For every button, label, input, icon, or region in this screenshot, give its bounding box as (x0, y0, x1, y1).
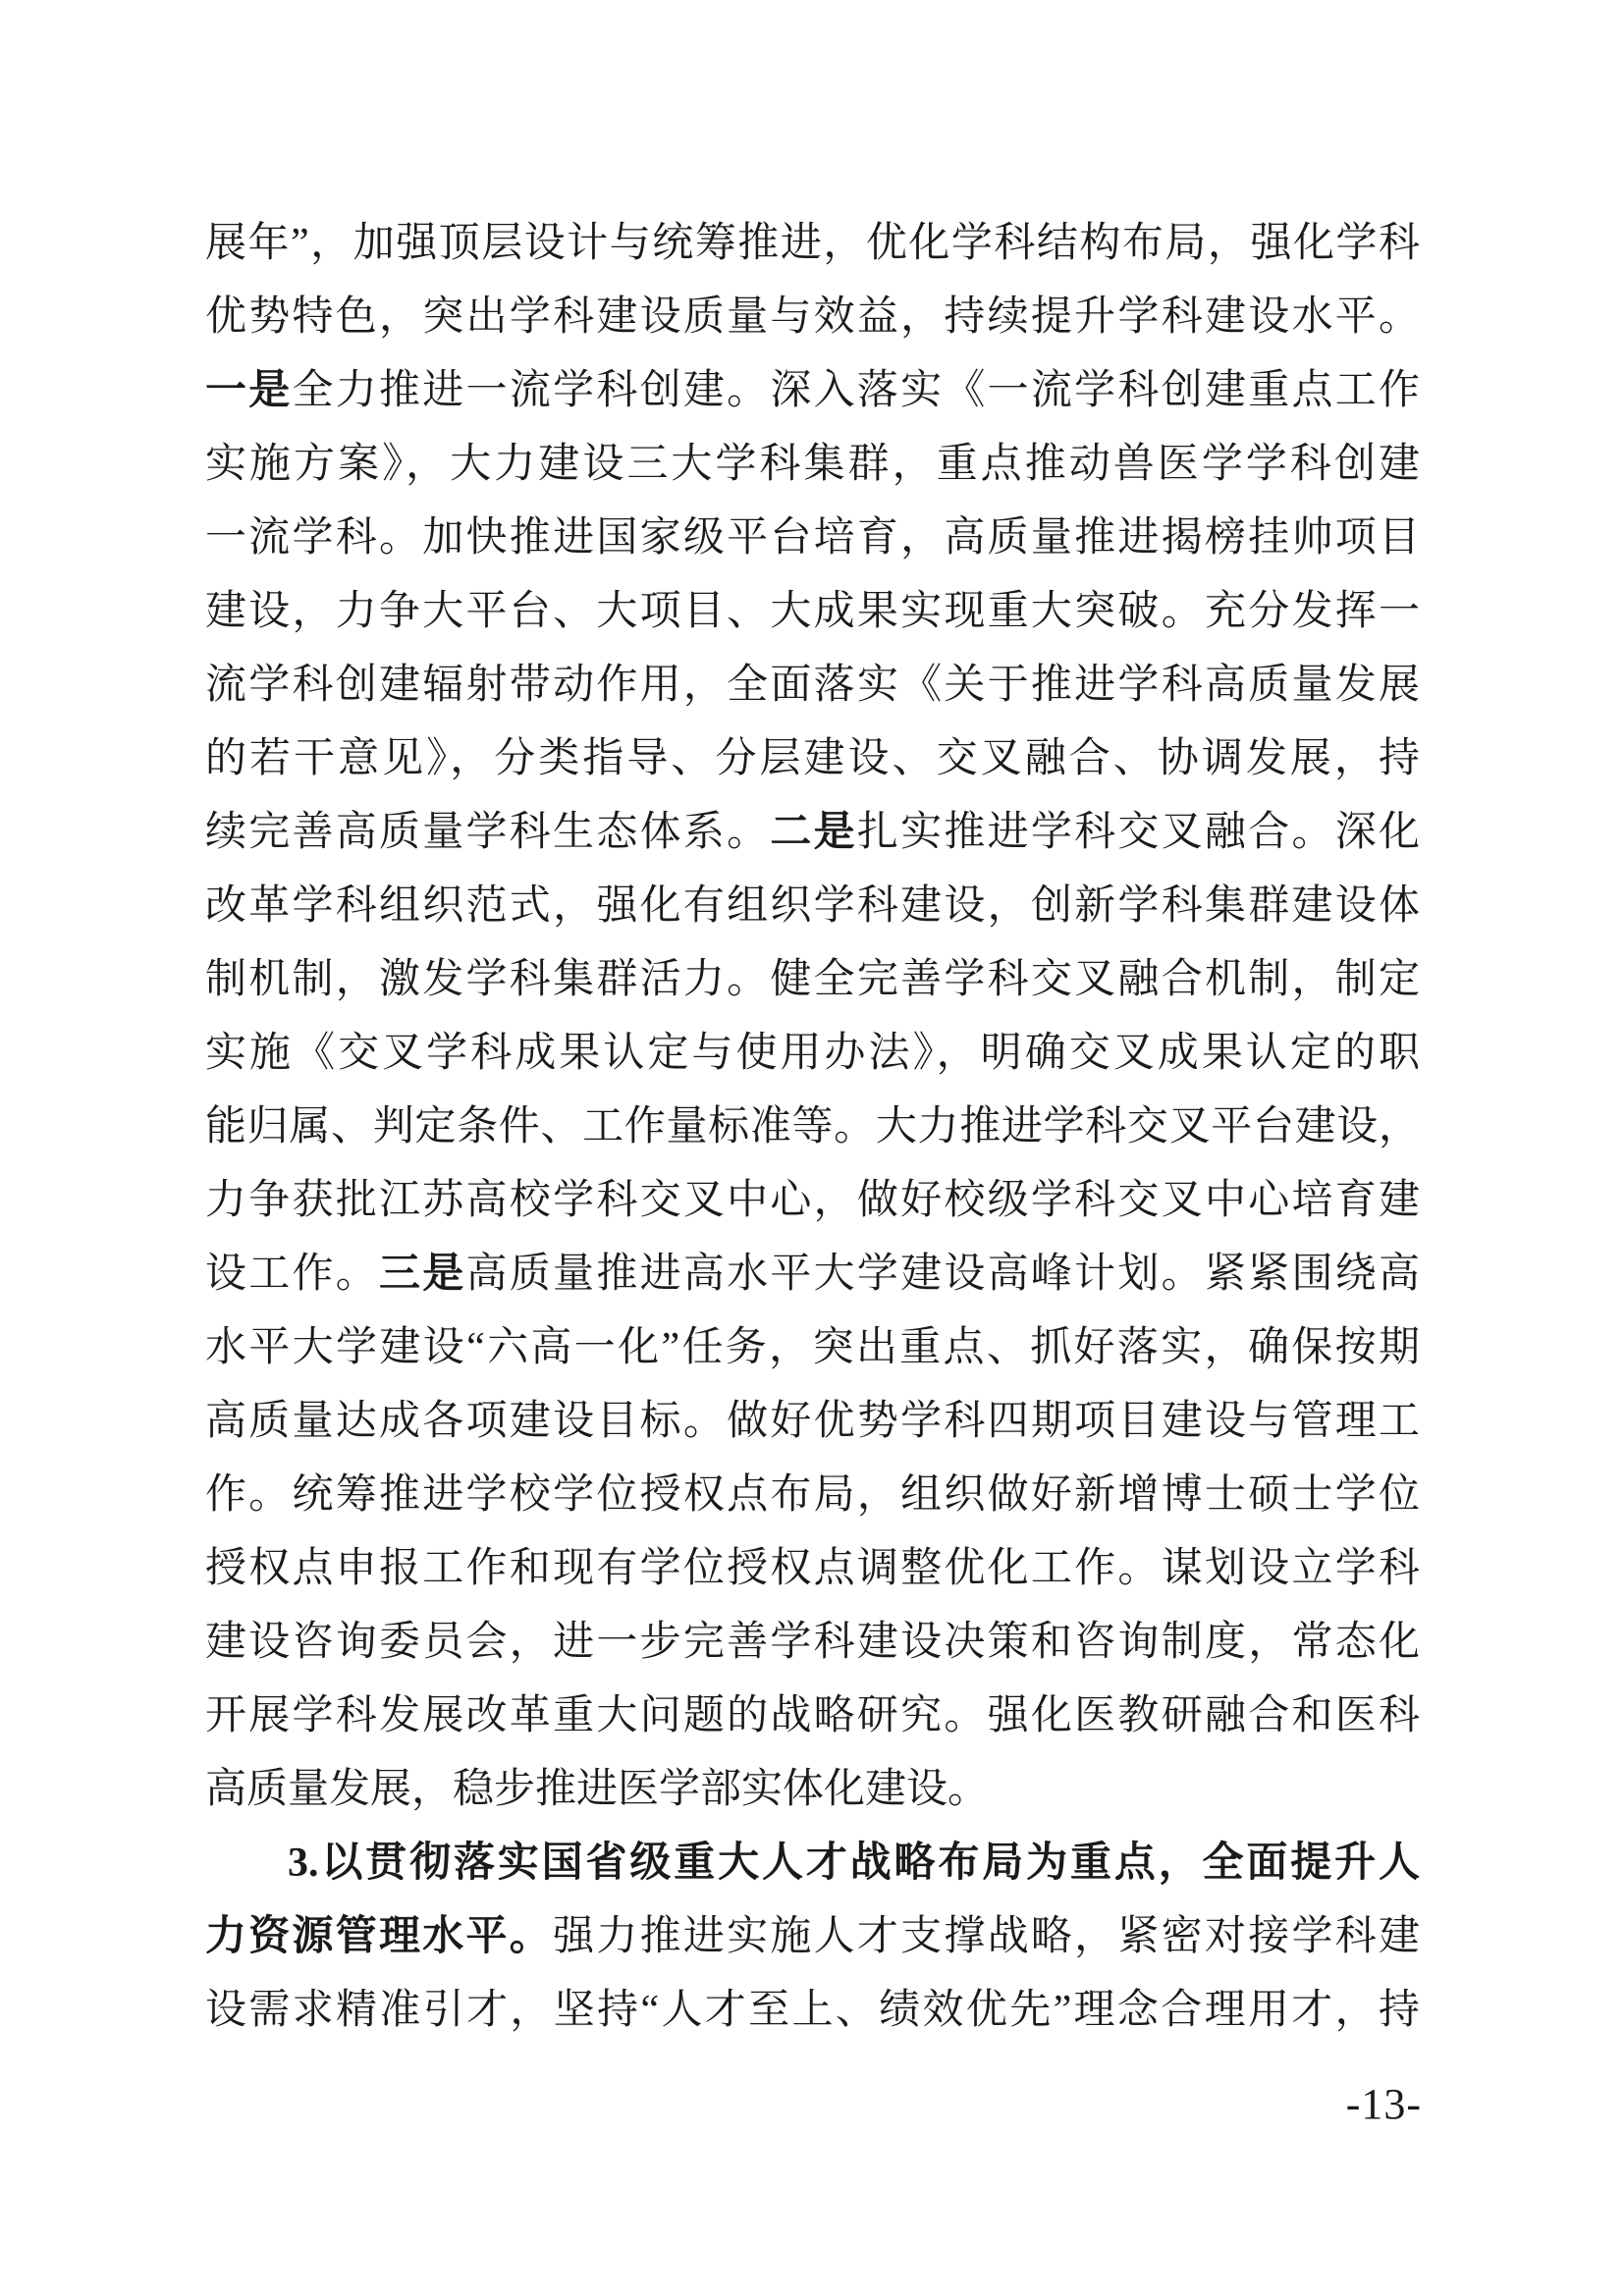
text-line: 流学科创建辐射带动作用，全面落实《关于推进学科高质量发展 (205, 649, 1420, 722)
text-run: 实施方案》，大力建设三大学科集群，重点推动兽医学学科创建 (205, 442, 1420, 487)
text-line: 能归属、判定条件、工作量标准等。大力推进学科交叉平台建设， (205, 1091, 1420, 1164)
text-run: 流学科创建辐射带动作用，全面落实《关于推进学科高质量发展 (205, 663, 1420, 708)
text-line: 改革学科组织范式，强化有组织学科建设，创新学科集群建设体 (205, 870, 1420, 943)
text-line: 高质量发展，稳步推进医学部实体化建设。 (205, 1753, 1420, 1827)
text-run: 作。统筹推进学校学位授权点布局，组织做好新增博士硕士学位 (205, 1472, 1420, 1518)
text-line: 的若干意见》，分类指导、分层建设、交叉融合、协调发展，持 (205, 722, 1420, 796)
text-run-bold: 3.以贯彻落实国省级重大人才战略布局为重点，全面提升人 (288, 1841, 1420, 1886)
text-run: 优势特色，突出学科建设质量与效益，持续提升学科建设水平。 (205, 294, 1420, 340)
text-run: 高质量达成各项建设目标。做好优势学科四期项目建设与管理工 (205, 1399, 1420, 1444)
text-line: 力资源管理水平。强力推进实施人才支撑战略，紧密对接学科建 (205, 1900, 1420, 1974)
document-page: 展年”，加强顶层设计与统筹推进，优化学科结构布局，强化学科优势特色，突出学科建设… (0, 0, 1624, 2296)
text-line: 3.以贯彻落实国省级重大人才战略布局为重点，全面提升人 (205, 1827, 1420, 1900)
text-run-bold: 力资源管理水平。 (205, 1914, 553, 1959)
text-run: 建设，力争大平台、大项目、大成果实现重大突破。充分发挥一 (205, 589, 1420, 634)
text-run: 力争获批江苏高校学科交叉中心，做好校级学科交叉中心培育建 (205, 1178, 1420, 1223)
text-run: 设需求精准引才，坚持“人才至上、绩效优先”理念合理用才，持 (205, 1988, 1420, 2033)
text-line: 一是全力推进一流学科创建。深入落实《一流学科创建重点工作 (205, 354, 1420, 428)
text-run: 强力推进实施人才支撑战略，紧密对接学科建 (553, 1914, 1420, 1959)
text-line: 高质量达成各项建设目标。做好优势学科四期项目建设与管理工 (205, 1385, 1420, 1459)
text-line: 力争获批江苏高校学科交叉中心，做好校级学科交叉中心培育建 (205, 1164, 1420, 1238)
text-line: 续完善高质量学科生态体系。二是扎实推进学科交叉融合。深化 (205, 796, 1420, 870)
text-run: 扎实推进学科交叉融合。深化 (857, 810, 1420, 855)
text-line: 设需求精准引才，坚持“人才至上、绩效优先”理念合理用才，持 (205, 1974, 1420, 2048)
text-run: 一流学科。加快推进国家级平台培育，高质量推进揭榜挂帅项目 (205, 515, 1420, 561)
text-line: 制机制，激发学科集群活力。健全完善学科交叉融合机制，制定 (205, 943, 1420, 1017)
text-line: 建设，力争大平台、大项目、大成果实现重大突破。充分发挥一 (205, 575, 1420, 649)
text-run: 改革学科组织范式，强化有组织学科建设，创新学科集群建设体 (205, 883, 1420, 929)
text-run: 实施《交叉学科成果认定与使用办法》，明确交叉成果认定的职 (205, 1031, 1420, 1076)
text-run: 全力推进一流学科创建。深入落实《一流学科创建重点工作 (293, 368, 1420, 413)
text-run: 续完善高质量学科生态体系。 (205, 810, 770, 855)
text-run: 能归属、判定条件、工作量标准等。大力推进学科交叉平台建设， (205, 1104, 1420, 1149)
text-line: 设工作。三是高质量推进高水平大学建设高峰计划。紧紧围绕高 (205, 1238, 1420, 1311)
text-line: 授权点申报工作和现有学位授权点调整优化工作。谋划设立学科 (205, 1532, 1420, 1606)
text-run: 制机制，激发学科集群活力。健全完善学科交叉融合机制，制定 (205, 957, 1420, 1002)
text-run: 建设咨询委员会，进一步完善学科建设决策和咨询制度，常态化 (205, 1620, 1420, 1665)
text-run: 水平大学建设“六高一化”任务，突出重点、抓好落实，确保按期 (205, 1325, 1420, 1370)
text-line: 一流学科。加快推进国家级平台培育，高质量推进揭榜挂帅项目 (205, 502, 1420, 575)
text-line: 开展学科发展改革重大问题的战略研究。强化医教研融合和医科 (205, 1680, 1420, 1753)
text-line: 展年”，加强顶层设计与统筹推进，优化学科结构布局，强化学科 (205, 207, 1420, 281)
text-run: 开展学科发展改革重大问题的战略研究。强化医教研融合和医科 (205, 1693, 1420, 1738)
page-number: -13- (1346, 2079, 1422, 2129)
text-run-bold: 一是 (205, 368, 293, 413)
text-run: 授权点申报工作和现有学位授权点调整优化工作。谋划设立学科 (205, 1546, 1420, 1591)
text-run: 高质量推进高水平大学建设高峰计划。紧紧围绕高 (466, 1252, 1420, 1297)
text-line: 实施《交叉学科成果认定与使用办法》，明确交叉成果认定的职 (205, 1017, 1420, 1091)
text-run-bold: 二是 (770, 810, 857, 855)
text-run: 展年”，加强顶层设计与统筹推进，优化学科结构布局，强化学科 (205, 221, 1420, 266)
text-line: 作。统筹推进学校学位授权点布局，组织做好新增博士硕士学位 (205, 1459, 1420, 1532)
text-run-bold: 三是 (379, 1252, 466, 1297)
text-line: 优势特色，突出学科建设质量与效益，持续提升学科建设水平。 (205, 281, 1420, 354)
text-run: 设工作。 (205, 1252, 379, 1297)
document-lines: 展年”，加强顶层设计与统筹推进，优化学科结构布局，强化学科优势特色，突出学科建设… (205, 207, 1420, 2048)
text-run: 的若干意见》，分类指导、分层建设、交叉融合、协调发展，持 (205, 736, 1420, 781)
text-run: 高质量发展，稳步推进医学部实体化建设。 (205, 1767, 989, 1812)
text-line: 实施方案》，大力建设三大学科集群，重点推动兽医学学科创建 (205, 428, 1420, 502)
text-line: 水平大学建设“六高一化”任务，突出重点、抓好落实，确保按期 (205, 1311, 1420, 1385)
text-line: 建设咨询委员会，进一步完善学科建设决策和咨询制度，常态化 (205, 1606, 1420, 1680)
